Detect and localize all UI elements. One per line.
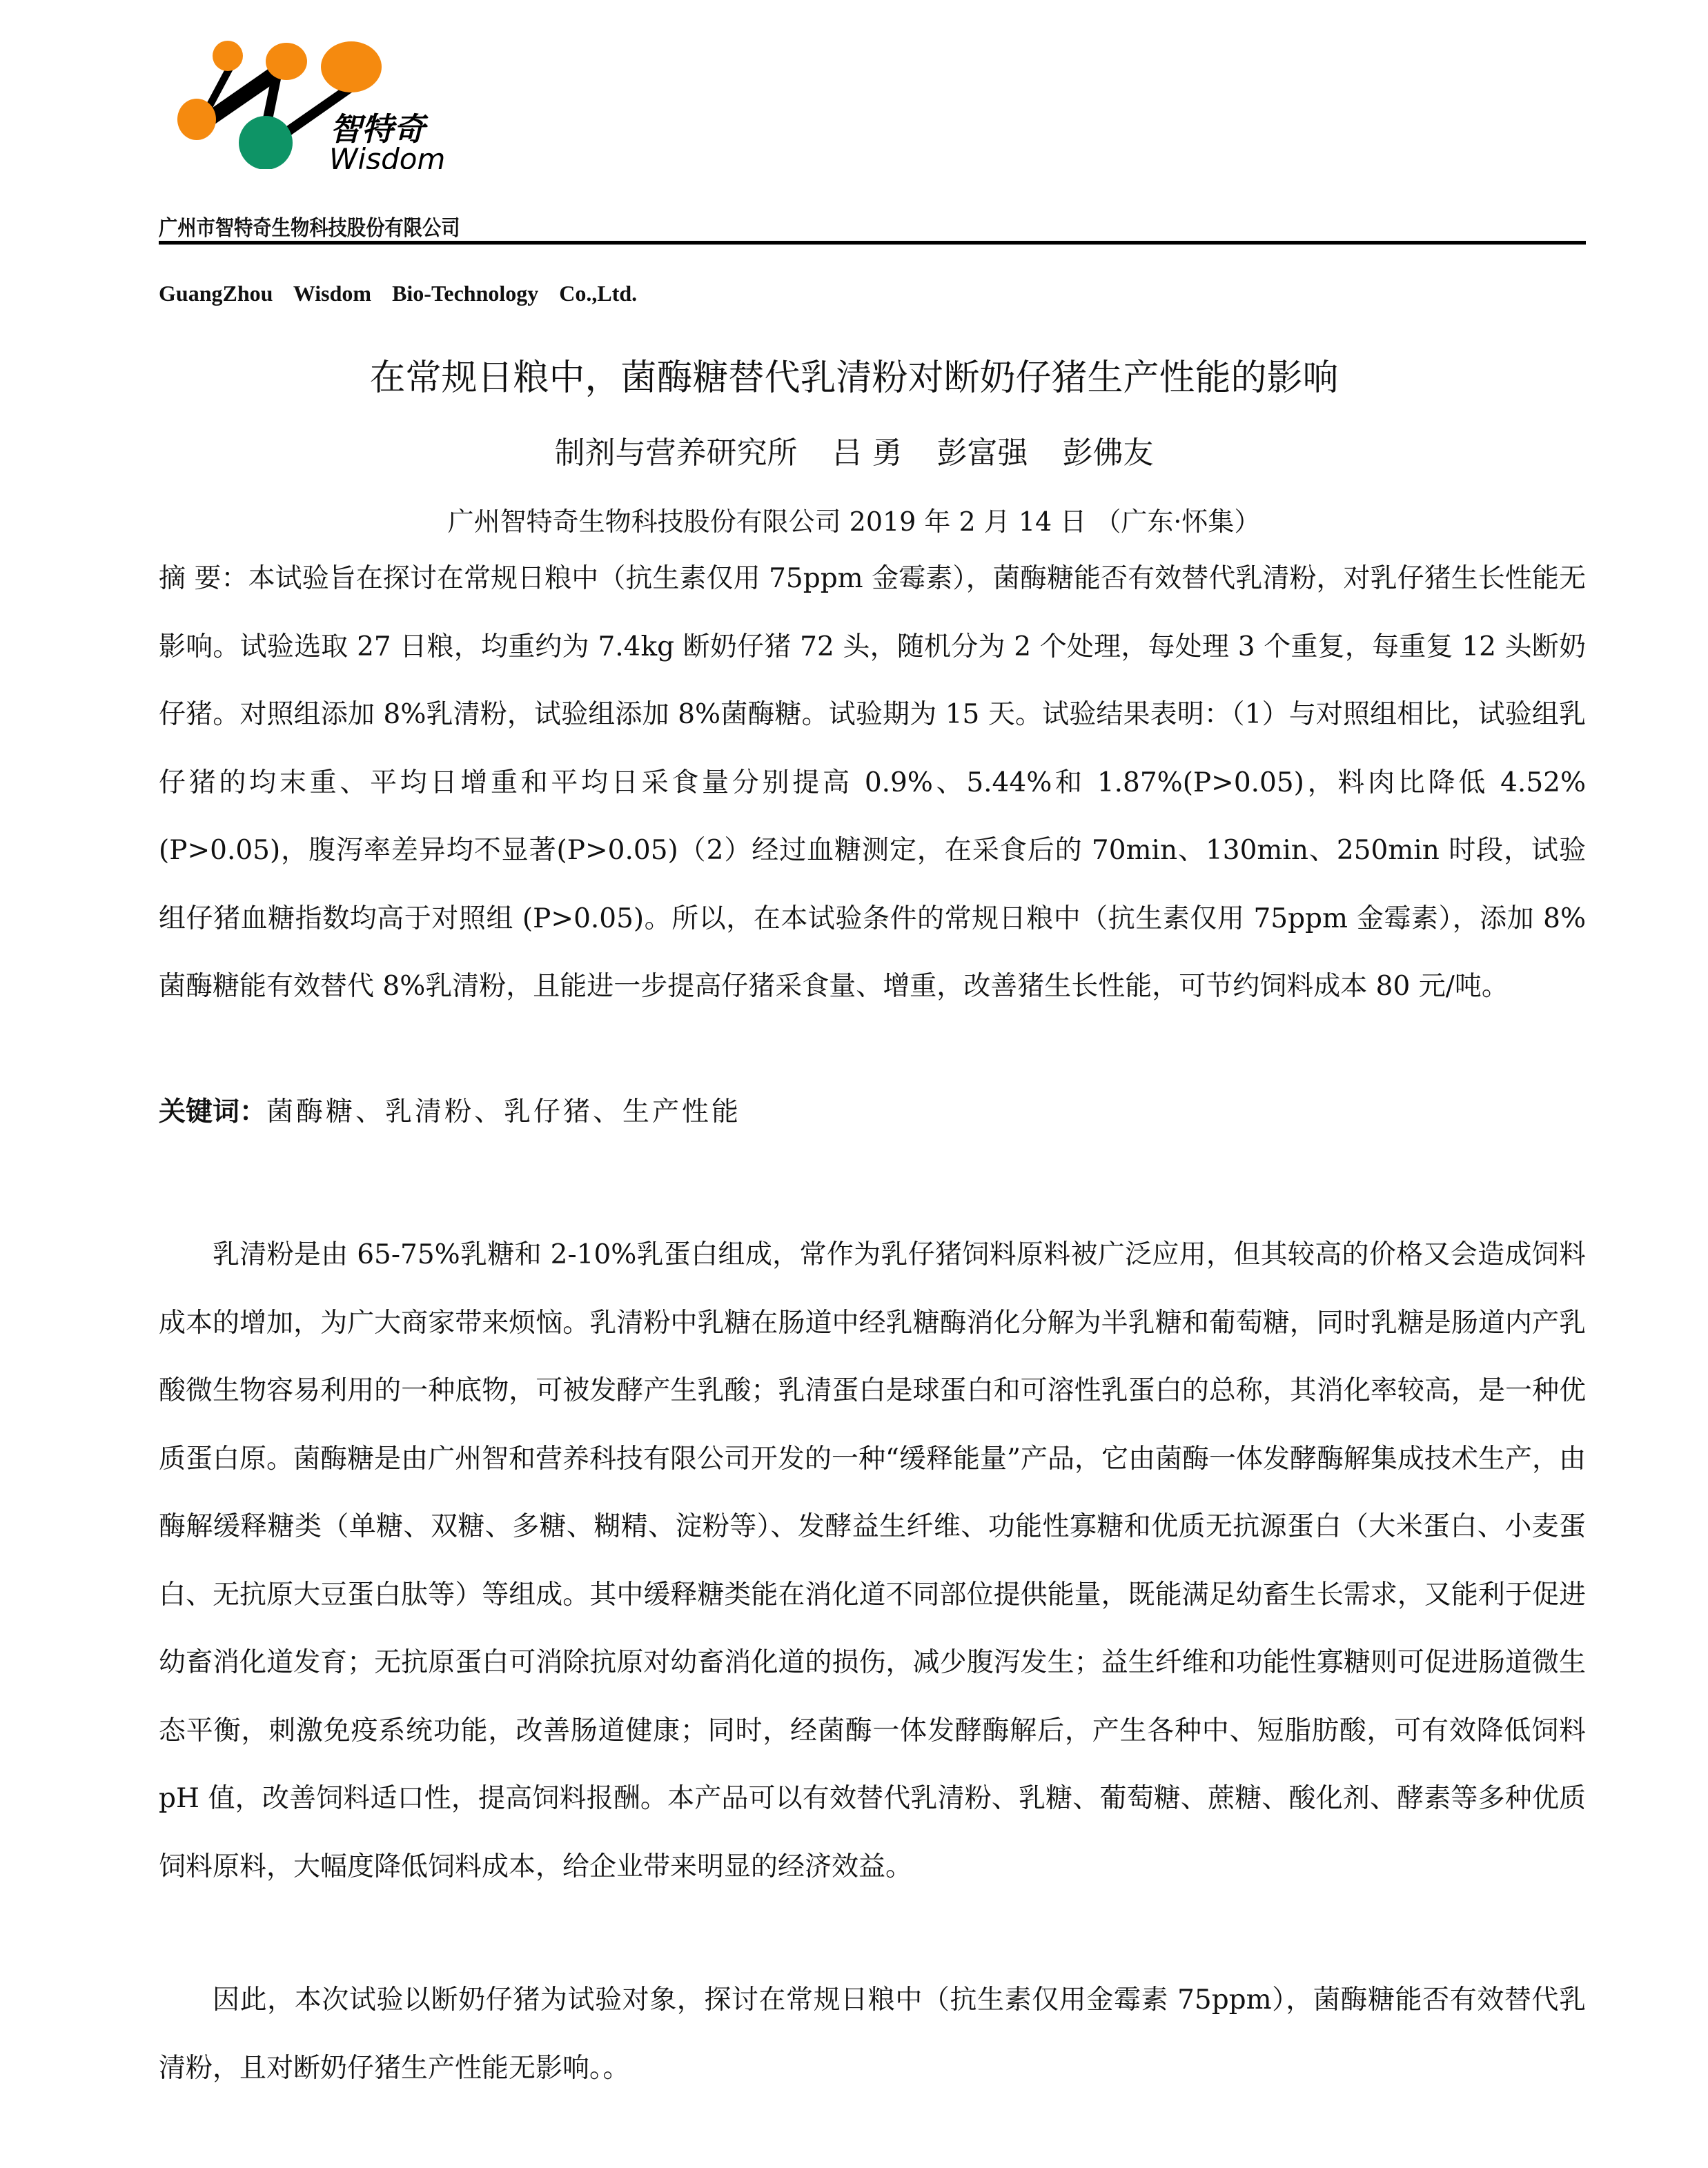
author-line: 制剂与营养研究所 吕 勇 彭富强 彭佛友 (0, 428, 1708, 472)
company-name-en: GuangZhou Wisdom Bio-Technology Co.,Ltd. (159, 281, 637, 306)
author-name: 吕 勇 (832, 435, 903, 471)
body-paragraph: 因此，本次试验以断奶仔猪为试验对象，探讨在常规日粮中（抗生素仅用金霉素 75pp… (159, 1967, 1586, 2102)
abstract-label: 摘 要： (159, 563, 248, 594)
author-name: 彭佛友 (1063, 435, 1154, 471)
svg-text:Wisdom: Wisdom (329, 142, 445, 169)
company-name-cn: 广州市智特奇生物科技股份有限公司 (159, 210, 460, 242)
department: 制剂与营养研究所 (555, 435, 798, 471)
keywords-list: 菌酶糖、乳清粉、乳仔猪、生产性能 (266, 1096, 741, 1127)
keywords-label: 关键词： (159, 1096, 266, 1127)
header-divider (159, 241, 1586, 245)
author-name: 彭富强 (937, 435, 1028, 471)
affiliation-date: 广州智特奇生物科技股份有限公司 2019 年 2 月 14 日 （广东·怀集） (0, 500, 1708, 538)
body-paragraph: 乳清粉是由 65-75%乳糖和 2-10%乳蛋白组成，常作为乳仔猪饲料原料被广泛… (159, 1221, 1586, 1901)
abstract-text: 本试验旨在探讨在常规日粮中（抗生素仅用 75ppm 金霉素），菌酶糖能否有效替代… (159, 563, 1586, 1002)
wisdom-logo-icon: 智特奇 Wisdom (155, 17, 556, 169)
article-title: 在常规日粮中，菌酶糖替代乳清粉对断奶仔猪生产性能的影响 (0, 348, 1708, 400)
company-logo: 智特奇 Wisdom (155, 17, 556, 169)
keywords: 关键词：菌酶糖、乳清粉、乳仔猪、生产性能 (159, 1090, 741, 1129)
abstract: 摘 要：本试验旨在探讨在常规日粮中（抗生素仅用 75ppm 金霉素），菌酶糖能否… (159, 545, 1586, 1021)
